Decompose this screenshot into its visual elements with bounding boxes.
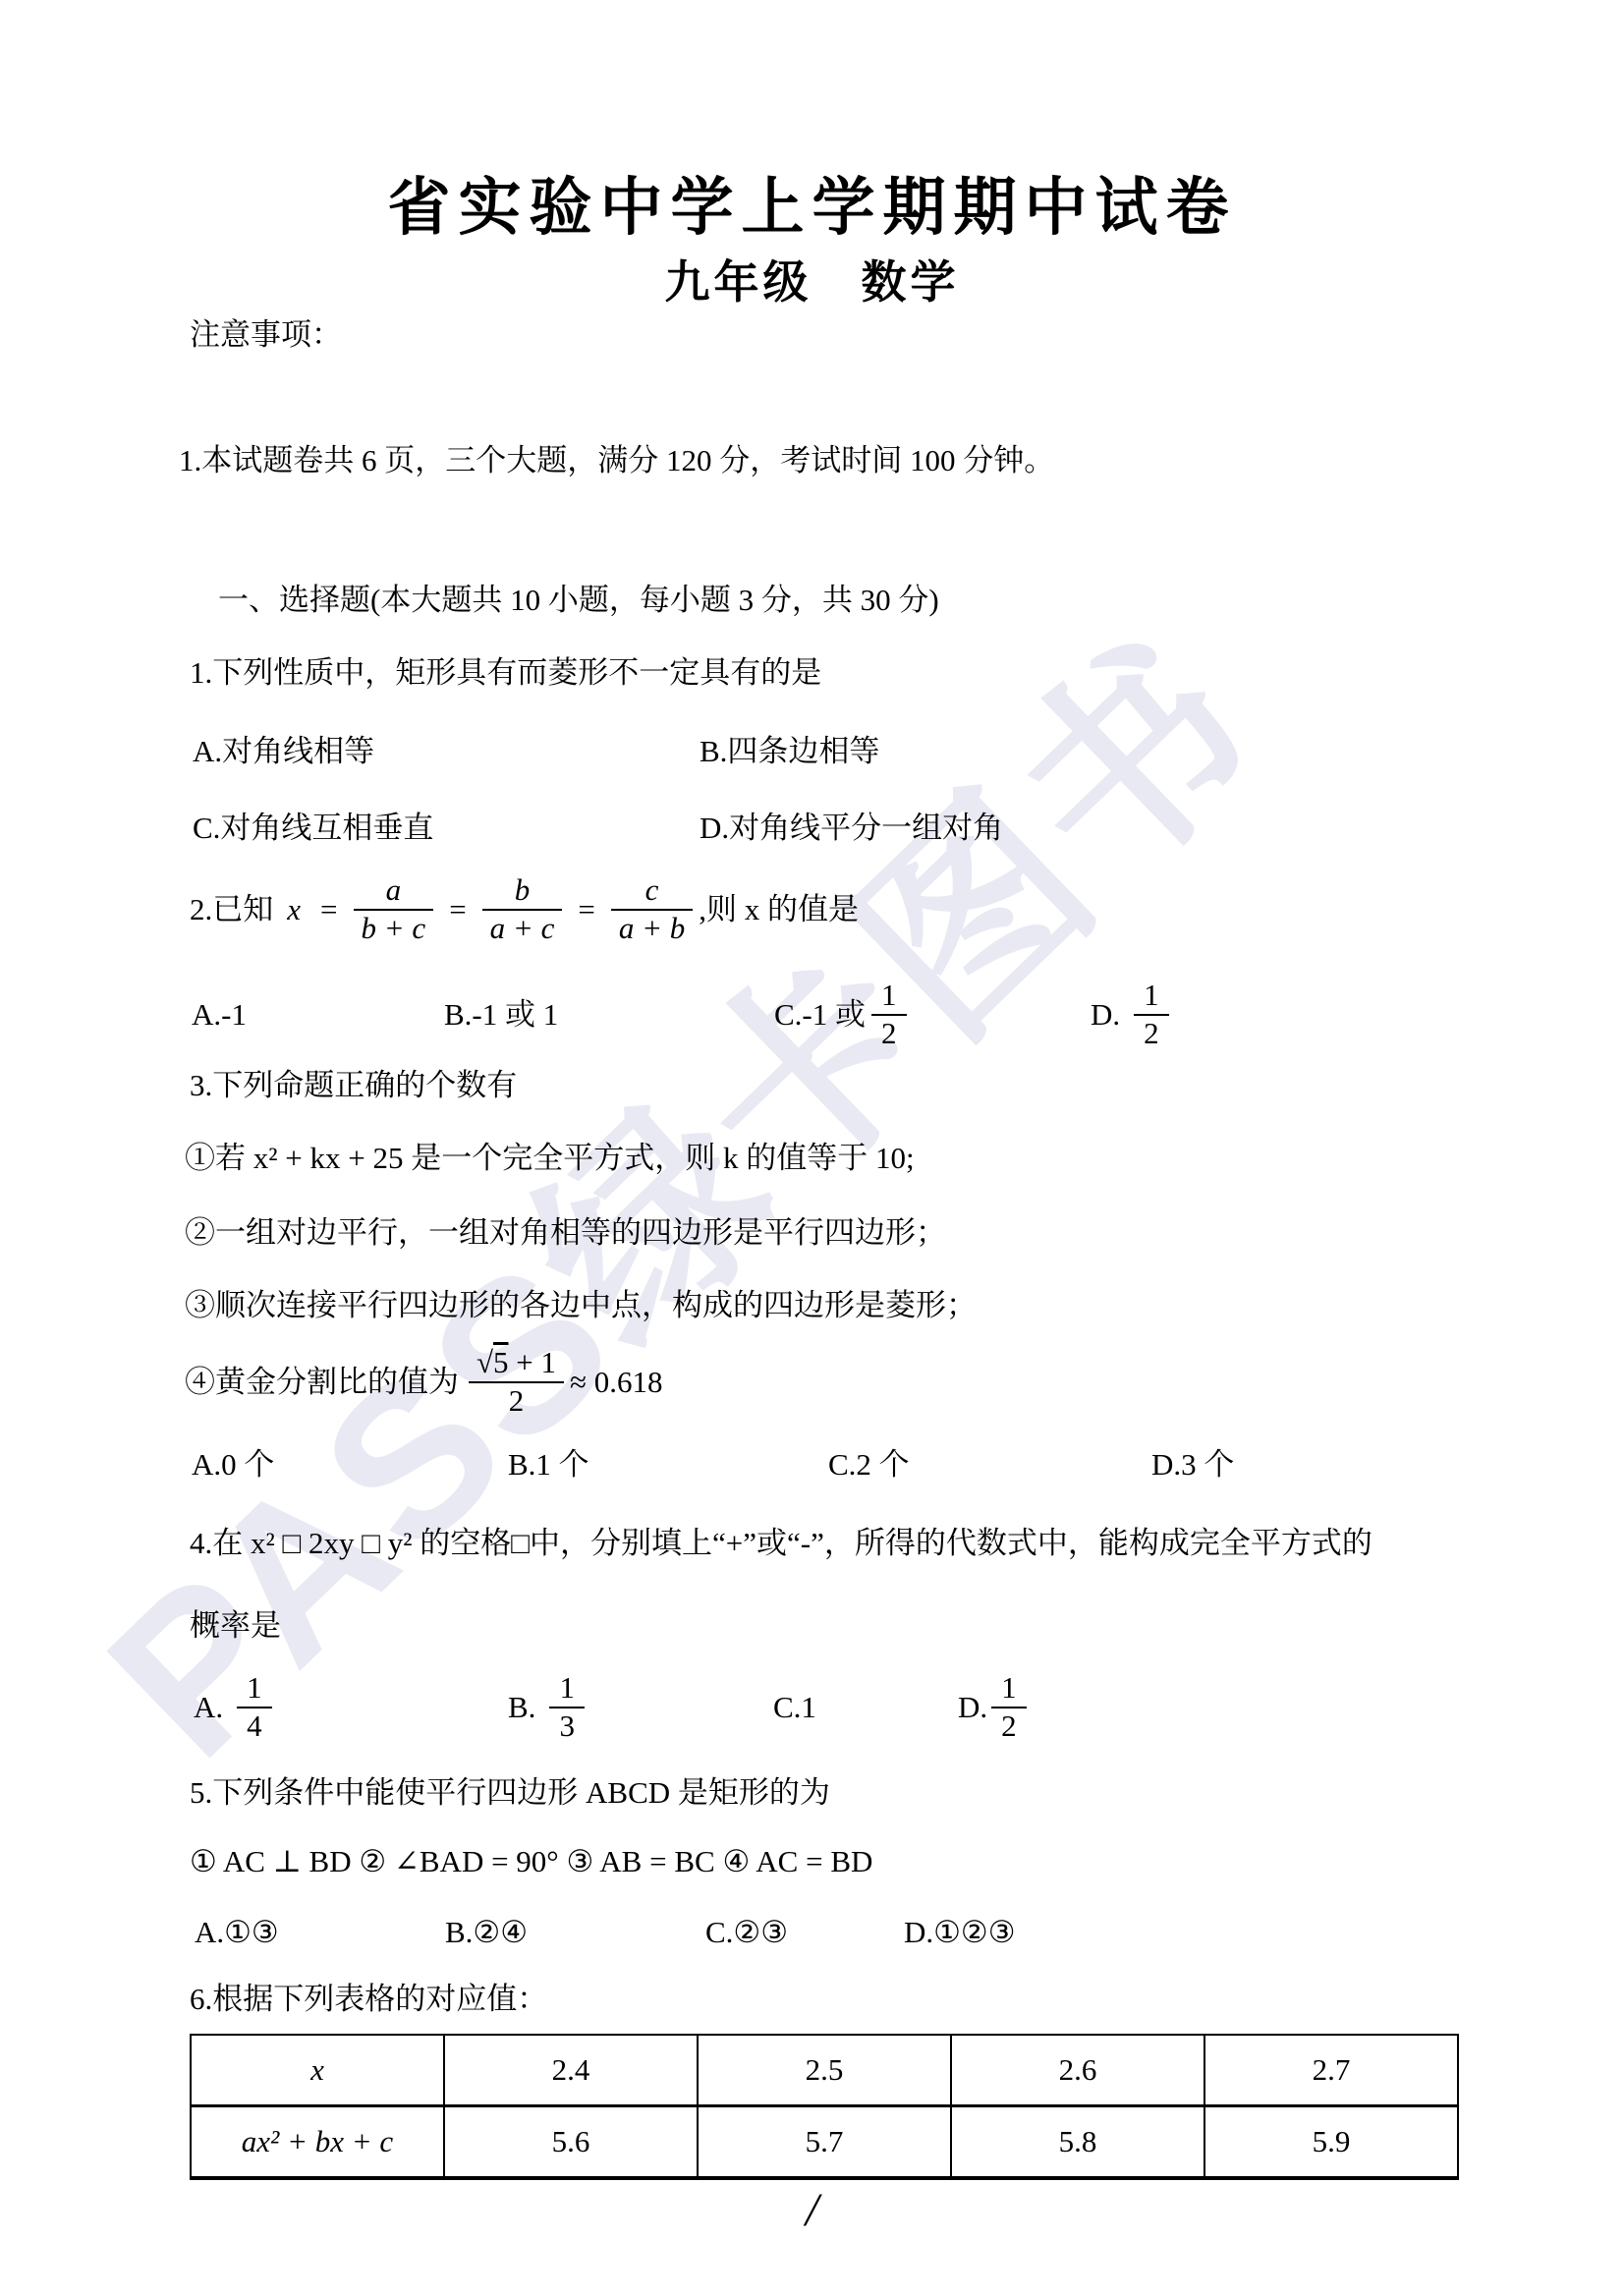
q5-option-d: D.①②③ xyxy=(904,1914,1016,1952)
table-cell: 5.8 xyxy=(951,2106,1204,2179)
page-subtitle: 九年级 数学 xyxy=(0,256,1624,308)
q4-stem-line-1: 4.在 x² □ 2xy □ y² 的空格□中，分别填上“+”或“-”，所得的代… xyxy=(190,1525,1372,1563)
q3-item-2: ②一组对边平行，一组对角相等的四边形是平行四边形； xyxy=(185,1214,946,1253)
q4-options: A. 1 4 B. 1 3 C.1 D. 1 2 xyxy=(0,1668,1624,1747)
q4-option-a-fraction: 1 4 xyxy=(237,1670,272,1744)
q1-stem: 1.下列性质中，矩形具有而菱形不一定具有的是 xyxy=(190,654,821,693)
section-heading: 一、选择题(本大题共 10 小题，每小题 3 分，共 30 分) xyxy=(218,582,939,620)
q2-stem: 2.已知 x = a b + c = b a + c = c a + b ,则 … xyxy=(190,868,859,951)
q3-item-1: ①若 x² + kx + 25 是一个完全平方式，则 k 的值等于 10; xyxy=(185,1140,915,1178)
q5-stem: 5.下列条件中能使平行四边形 ABCD 是矩形的为 xyxy=(190,1774,830,1813)
table-row: x 2.4 2.5 2.6 2.7 xyxy=(191,2035,1458,2106)
q1-option-d: D.对角线平分一组对角 xyxy=(700,810,1003,848)
q1-option-c: C.对角线互相垂直 xyxy=(193,810,433,848)
q4-option-c: C.1 xyxy=(773,1668,816,1747)
q2-eq-2: = xyxy=(449,891,466,929)
q3-item-3: ③顺次连接平行四边形的各边中点，构成的四边形是菱形； xyxy=(185,1287,977,1325)
q2-var: x xyxy=(287,891,301,929)
q3-item-4: ④黄金分割比的值为 √5 + 1 2 ≈ 0.618 xyxy=(185,1344,663,1421)
q3-item-4-fraction: √5 + 1 2 xyxy=(469,1345,564,1419)
q2-option-d: D. 1 2 xyxy=(1091,978,1175,1052)
table-row: ax² + bx + c 5.6 5.7 5.8 5.9 xyxy=(191,2106,1458,2179)
q2-lead: 2.已知 xyxy=(190,891,273,929)
q2-option-d-fraction: 1 2 xyxy=(1134,978,1169,1051)
q2-option-b: B.-1 或 1 xyxy=(444,978,558,1052)
q4-option-d-fraction: 1 2 xyxy=(991,1670,1027,1744)
table-row1-label: x xyxy=(191,2035,444,2106)
notice-label: 注意事项： xyxy=(190,316,342,355)
table-row2-label: ax² + bx + c xyxy=(191,2106,444,2179)
q5-option-b: B.②④ xyxy=(445,1914,528,1952)
q2-fraction-2: b a + c xyxy=(482,872,563,946)
notice-item-1: 1.本试题卷共 6 页，三个大题，满分 120 分，考试时间 100 分钟。 xyxy=(179,442,1054,480)
q1-option-b: B.四条边相等 xyxy=(700,733,879,771)
page-number-mark: / xyxy=(0,2181,1624,2240)
q3-option-b: B.1 个 xyxy=(508,1446,589,1484)
page-title: 省实验中学上学期期中试卷 xyxy=(0,173,1624,242)
q6-stem: 6.根据下列表格的对应值： xyxy=(190,1981,547,2019)
q2-tail: ,则 x 的值是 xyxy=(699,891,859,929)
q1-option-a: A.对角线相等 xyxy=(193,733,374,771)
table-cell: 2.4 xyxy=(444,2035,698,2106)
q2-fraction-3: c a + b xyxy=(611,872,693,946)
table-cell: 5.7 xyxy=(698,2106,951,2179)
q2-eq-3: = xyxy=(578,891,594,929)
q4-option-a: A. 1 4 xyxy=(194,1668,278,1747)
table-cell: 5.9 xyxy=(1204,2106,1458,2179)
q3-item-4-approx: ≈ 0.618 xyxy=(570,1364,663,1402)
q2-option-a: A.-1 xyxy=(192,978,247,1052)
q4-option-b: B. 1 3 xyxy=(508,1668,590,1747)
q2-eq-1: = xyxy=(320,891,337,929)
q3-option-d: D.3 个 xyxy=(1151,1446,1234,1484)
q2-option-c-fraction: 1 2 xyxy=(871,978,907,1051)
exam-page: PASS绿卡图书 省实验中学上学期期中试卷 九年级 数学 注意事项： 1.本试题… xyxy=(0,0,1624,2296)
q4-option-b-fraction: 1 3 xyxy=(549,1670,585,1744)
table-cell: 2.5 xyxy=(698,2035,951,2106)
q3-stem: 3.下列命题正确的个数有 xyxy=(190,1067,517,1105)
table-cell: 2.7 xyxy=(1204,2035,1458,2106)
q2-fraction-1: a b + c xyxy=(354,872,434,946)
radical-sign: √ xyxy=(476,1345,493,1379)
q4-stem-line-2: 概率是 xyxy=(190,1607,281,1646)
q5-option-a: A.①③ xyxy=(195,1914,279,1952)
q3-option-a: A.0 个 xyxy=(192,1446,274,1484)
q5-option-c: C.②③ xyxy=(705,1914,788,1952)
q4-option-d: D. 1 2 xyxy=(958,1668,1033,1747)
table-cell: 5.6 xyxy=(444,2106,698,2179)
q5-conditions: ① AC ⊥ BD ② ∠BAD = 90° ③ AB = BC ④ AC = … xyxy=(190,1843,872,1881)
q2-option-c: C.-1 或 1 2 xyxy=(774,978,913,1052)
table-cell: 2.6 xyxy=(951,2035,1204,2106)
q3-option-c: C.2 个 xyxy=(828,1446,910,1484)
q6-value-table: x 2.4 2.5 2.6 2.7 ax² + bx + c 5.6 5.7 5… xyxy=(190,2034,1459,2180)
q2-options: A.-1 B.-1 或 1 C.-1 或 1 2 D. 1 2 xyxy=(0,978,1624,1052)
